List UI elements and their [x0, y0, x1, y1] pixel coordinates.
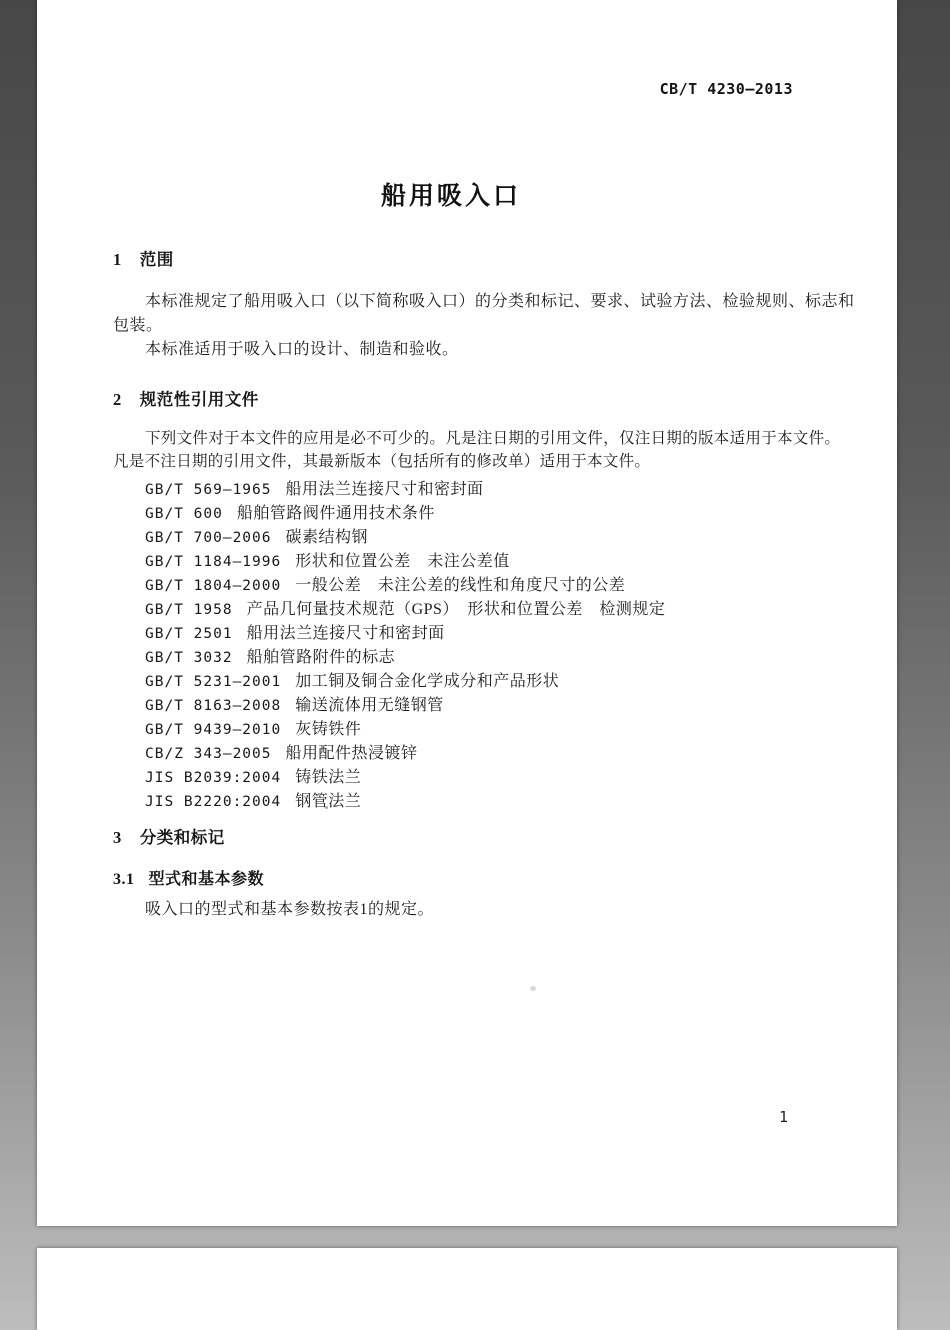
- reference-item: GB/T 569—1965船用法兰连接尺寸和密封面: [145, 478, 665, 502]
- references-intro-line-2: 凡是不注日期的引用文件，其最新版本（包括所有的修改单）适用于本文件。: [113, 450, 877, 473]
- reference-item: GB/T 700—2006碳素结构钢: [145, 526, 665, 550]
- section-3-1-title: 型式和基本参数: [149, 871, 265, 888]
- document-page-1: CB/T 4230—2013 船用吸入口 1范围 本标准规定了船用吸入口（以下简…: [37, 0, 897, 1226]
- reference-code: GB/T 600: [145, 506, 223, 522]
- reference-title: 形状和位置公差 未注公差值: [295, 553, 510, 570]
- scanned-document-viewer: { "document": { "standard_code": "CB/T 4…: [0, 0, 950, 1330]
- reference-code: GB/T 8163—2008: [145, 698, 281, 714]
- section-2-title: 规范性引用文件: [140, 390, 259, 409]
- reference-code: GB/T 3032: [145, 650, 233, 666]
- references-intro-line-1: 下列文件对于本文件的应用是必不可少的。凡是注日期的引用文件，仅注日期的版本适用于…: [113, 427, 877, 450]
- scan-artifact-dot: [325, 806, 328, 809]
- scope-paragraph-1-line-2: 包装。: [113, 314, 857, 338]
- reference-title: 钢管法兰: [295, 793, 361, 810]
- section-3-1-number: 3.1: [113, 871, 135, 888]
- scope-paragraph-2: 本标准适用于吸入口的设计、制造和验收。: [113, 338, 857, 362]
- references-intro: 下列文件对于本文件的应用是必不可少的。凡是注日期的引用文件，仅注日期的版本适用于…: [113, 427, 877, 473]
- reference-item: GB/T 8163—2008输送流体用无缝钢管: [145, 694, 665, 718]
- section-1-number: 1: [113, 250, 122, 269]
- reference-item: GB/T 1958产品几何量技术规范（GPS） 形状和位置公差 检测规定: [145, 598, 665, 622]
- reference-item: GB/T 9439—2010灰铸铁件: [145, 718, 665, 742]
- reference-item: GB/T 1804—2000一般公差 未注公差的线性和角度尺寸的公差: [145, 574, 665, 598]
- reference-code: GB/T 1958: [145, 602, 233, 618]
- reference-title: 灰铸铁件: [295, 721, 361, 738]
- reference-title: 船用法兰连接尺寸和密封面: [286, 481, 484, 498]
- page-number: 1: [779, 1108, 788, 1126]
- reference-title: 产品几何量技术规范（GPS） 形状和位置公差 检测规定: [247, 601, 666, 618]
- reference-title: 铸铁法兰: [295, 769, 361, 786]
- reference-code: GB/T 1804—2000: [145, 578, 281, 594]
- reference-code: GB/T 569—1965: [145, 482, 272, 498]
- section-3-title: 分类和标记: [140, 828, 225, 847]
- section-2-number: 2: [113, 390, 122, 409]
- reference-code: JIS B2039:2004: [145, 770, 281, 786]
- section-3-number: 3: [113, 828, 122, 847]
- reference-title: 船用法兰连接尺寸和密封面: [247, 625, 445, 642]
- reference-item: JIS B2039:2004铸铁法兰: [145, 766, 665, 790]
- section-3-heading: 3分类和标记: [113, 824, 225, 848]
- reference-item: GB/T 5231—2001加工铜及铜合金化学成分和产品形状: [145, 670, 665, 694]
- reference-title: 输送流体用无缝钢管: [295, 697, 444, 714]
- reference-code: GB/T 9439—2010: [145, 722, 281, 738]
- section-1-heading: 1范围: [113, 246, 174, 270]
- document-title: 船用吸入口: [37, 176, 865, 212]
- scope-paragraph-1-line-1: 本标准规定了船用吸入口（以下简称吸入口）的分类和标记、要求、试验方法、检验规则、…: [113, 290, 857, 314]
- reference-item: GB/T 600船舶管路阀件通用技术条件: [145, 502, 665, 526]
- reference-item: GB/T 1184—1996形状和位置公差 未注公差值: [145, 550, 665, 574]
- reference-title: 船舶管路附件的标志: [247, 649, 396, 666]
- reference-code: GB/T 5231—2001: [145, 674, 281, 690]
- reference-code: JIS B2220:2004: [145, 794, 281, 810]
- reference-item: GB/T 3032船舶管路附件的标志: [145, 646, 665, 670]
- reference-item: GB/T 2501船用法兰连接尺寸和密封面: [145, 622, 665, 646]
- reference-title: 一般公差 未注公差的线性和角度尺寸的公差: [295, 577, 625, 594]
- section-3-1-heading: 3.1型式和基本参数: [113, 866, 264, 889]
- document-page-2-edge: [37, 1248, 897, 1330]
- reference-item: JIS B2220:2004钢管法兰: [145, 790, 665, 814]
- standard-code-header: CB/T 4230—2013: [660, 80, 793, 98]
- reference-title: 船用配件热浸镀锌: [286, 745, 418, 762]
- section-1-title: 范围: [140, 250, 174, 269]
- section-3-1-paragraph: 吸入口的型式和基本参数按表1的规定。: [113, 898, 857, 922]
- reference-item: CB/Z 343—2005船用配件热浸镀锌: [145, 742, 665, 766]
- reference-code: CB/Z 343—2005: [145, 746, 272, 762]
- reference-title: 加工铜及铜合金化学成分和产品形状: [295, 673, 559, 690]
- reference-title: 船舶管路阀件通用技术条件: [237, 505, 435, 522]
- section-1-body: 本标准规定了船用吸入口（以下简称吸入口）的分类和标记、要求、试验方法、检验规则、…: [113, 290, 857, 362]
- reference-code: GB/T 1184—1996: [145, 554, 281, 570]
- references-list: GB/T 569—1965船用法兰连接尺寸和密封面 GB/T 600船舶管路阀件…: [145, 478, 665, 814]
- section-2-heading: 2规范性引用文件: [113, 386, 259, 410]
- scan-artifact-dot: [530, 986, 536, 991]
- reference-title: 碳素结构钢: [286, 529, 369, 546]
- reference-code: GB/T 700—2006: [145, 530, 272, 546]
- reference-code: GB/T 2501: [145, 626, 233, 642]
